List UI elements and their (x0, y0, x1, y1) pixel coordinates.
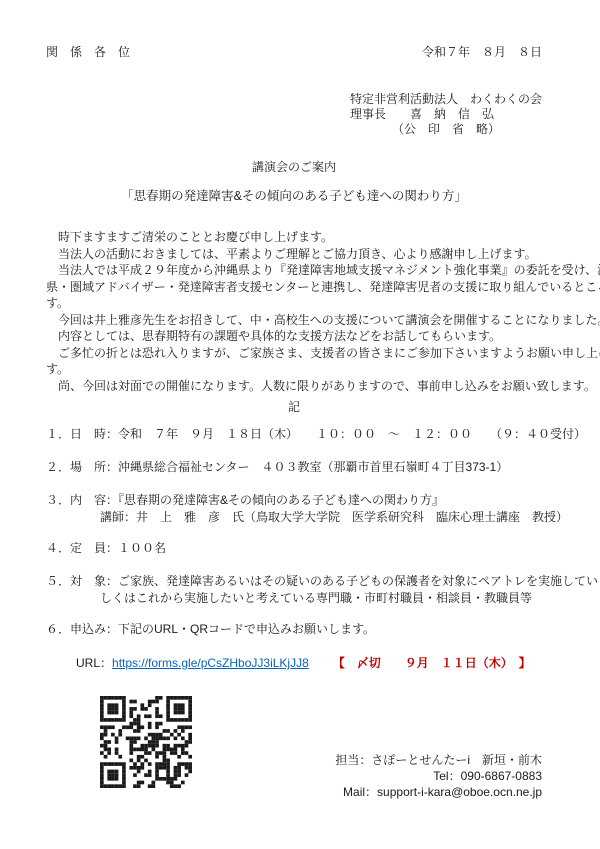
item-apply: ６．申込み：下記のURL・QRコードで申込みお願いします。 (46, 621, 542, 637)
url-label: URL： (76, 656, 112, 670)
item-datetime-text: １．日 時：令和 ７年 ９月 １８日（木） １０：００ ～ １２：００ （９：４… (46, 426, 542, 442)
body-line: す。 (46, 295, 542, 312)
recipient-line: 関 係 各 位 (46, 44, 130, 60)
bottom-row: 担当：さぽーとせんたーi 新垣・前木 Tel：090-6867-0883 Mai… (46, 696, 542, 788)
item-audience-text: ５．対 象：ご家族、発達障害あるいはその疑いのある子どもの保護者を対象にペアトレ… (46, 573, 542, 589)
document-title: 講演会のご案内 (46, 159, 542, 175)
body-line: 当法人の活動におきましては、平素よりご理解とご協力頂き、心より感謝申し上げます。 (46, 246, 542, 263)
details-list: １．日 時：令和 ７年 ９月 １８日（木） １０：００ ～ １２：００ （９：４… (46, 426, 542, 637)
contact-tel: Tel：090-6867-0883 (335, 768, 542, 784)
seal-omitted-note: （公 印 省 略） (350, 122, 542, 137)
contact-mail: Mail：support-i-kara@oboe.ocn.ne.jp (335, 784, 542, 800)
item-content: ３．内 容：『思春期の発達障害&その傾向のある子ども達への関わり方』 講師：井 … (46, 492, 542, 527)
letter-header-row: 関 係 各 位 令和７年 ８月 ８日 (46, 44, 542, 60)
deadline-note: 【 〆切 ９月 １１日（木） 】 (333, 656, 531, 670)
body-line: 県・圏域アドバイザー・発達障害者支援センターと連携し、発達障害児者の支援に取り組… (46, 279, 542, 296)
signup-url-row: URL：https://forms.gle/pCsZHboJJ3iLKjJJ8【… (46, 654, 542, 672)
item-capacity: ４．定 員：１００名 (46, 540, 542, 556)
sender-organization: 特定非営利活動法人 わくわくの会 (350, 92, 542, 107)
body-line: す。 (46, 361, 542, 378)
body-text: 時下ますますご清栄のこととお慶び申し上げます。 当法人の活動におきましては、平素… (46, 229, 542, 394)
sender-representative: 理事長 喜 納 信 弘 (350, 107, 542, 122)
item-capacity-text: ４．定 員：１００名 (46, 540, 542, 556)
lecture-title: 「思春期の発達障害&その傾向のある子ども達への関わり方」 (46, 188, 542, 204)
item-place-text: ２．場 所：沖縄県総合福祉センター ４０３教室（那覇市首里石嶺町４丁目373-1… (46, 459, 542, 475)
contact-person: 担当：さぽーとせんたーi 新垣・前木 (335, 752, 542, 768)
contact-block: 担当：さぽーとせんたーi 新垣・前木 Tel：090-6867-0883 Mai… (335, 752, 542, 800)
item-apply-text: ６．申込み：下記のURL・QRコードで申込みお願いします。 (46, 621, 542, 637)
body-line: 内容としては、思春期特有の課題や具体的な支援方法などをお話してもらいます。 (46, 328, 542, 345)
issue-date: 令和７年 ８月 ８日 (422, 44, 542, 60)
item-datetime: １．日 時：令和 ７年 ９月 １８日（木） １０：００ ～ １２：００ （９：４… (46, 426, 542, 442)
ki-marker: 記 (46, 399, 542, 415)
announcement-letter-page: 関 係 各 位 令和７年 ８月 ８日 特定非営利活動法人 わくわくの会 理事長 … (0, 0, 600, 849)
item-place: ２．場 所：沖縄県総合福祉センター ４０３教室（那覇市首里石嶺町４丁目373-1… (46, 459, 542, 475)
sender-block: 特定非営利活動法人 わくわくの会 理事長 喜 納 信 弘 （公 印 省 略） (350, 92, 542, 137)
body-line: ご多忙の折とは恐れ入りますが、ご家族さま、支援者の皆さまにご参加下さいますようお… (46, 345, 542, 362)
body-line: 時下ますますご清栄のこととお慶び申し上げます。 (46, 229, 542, 246)
item-audience-text-2: しくはこれから実施したいと考えている専門職・市町村職員・相談員・教職員等 (46, 589, 542, 608)
body-line: 今回は井上雅彦先生をお招きして、中・高校生への支援について講演会を開催することに… (46, 312, 542, 329)
item-audience: ５．対 象：ご家族、発達障害あるいはその疑いのある子どもの保護者を対象にペアトレ… (46, 573, 542, 608)
qr-code-icon (100, 696, 192, 788)
item-content-text: ３．内 容：『思春期の発達障害&その傾向のある子ども達への関わり方』 (46, 492, 542, 508)
signup-url-link[interactable]: https://forms.gle/pCsZHboJJ3iLKjJJ8 (112, 656, 309, 670)
item-content-lecturer: 講師：井 上 雅 彦 氏（鳥取大学大学院 医学系研究科 臨床心理士講座 教授） (46, 508, 542, 527)
body-line: 尚、今回は対面での開催になります。人数に限りがありますので、事前申し込みをお願い… (46, 378, 542, 395)
body-line: 当法人では平成２９年度から沖縄県より『発達障害地域支援マネジメント強化事業』の委… (46, 262, 542, 279)
